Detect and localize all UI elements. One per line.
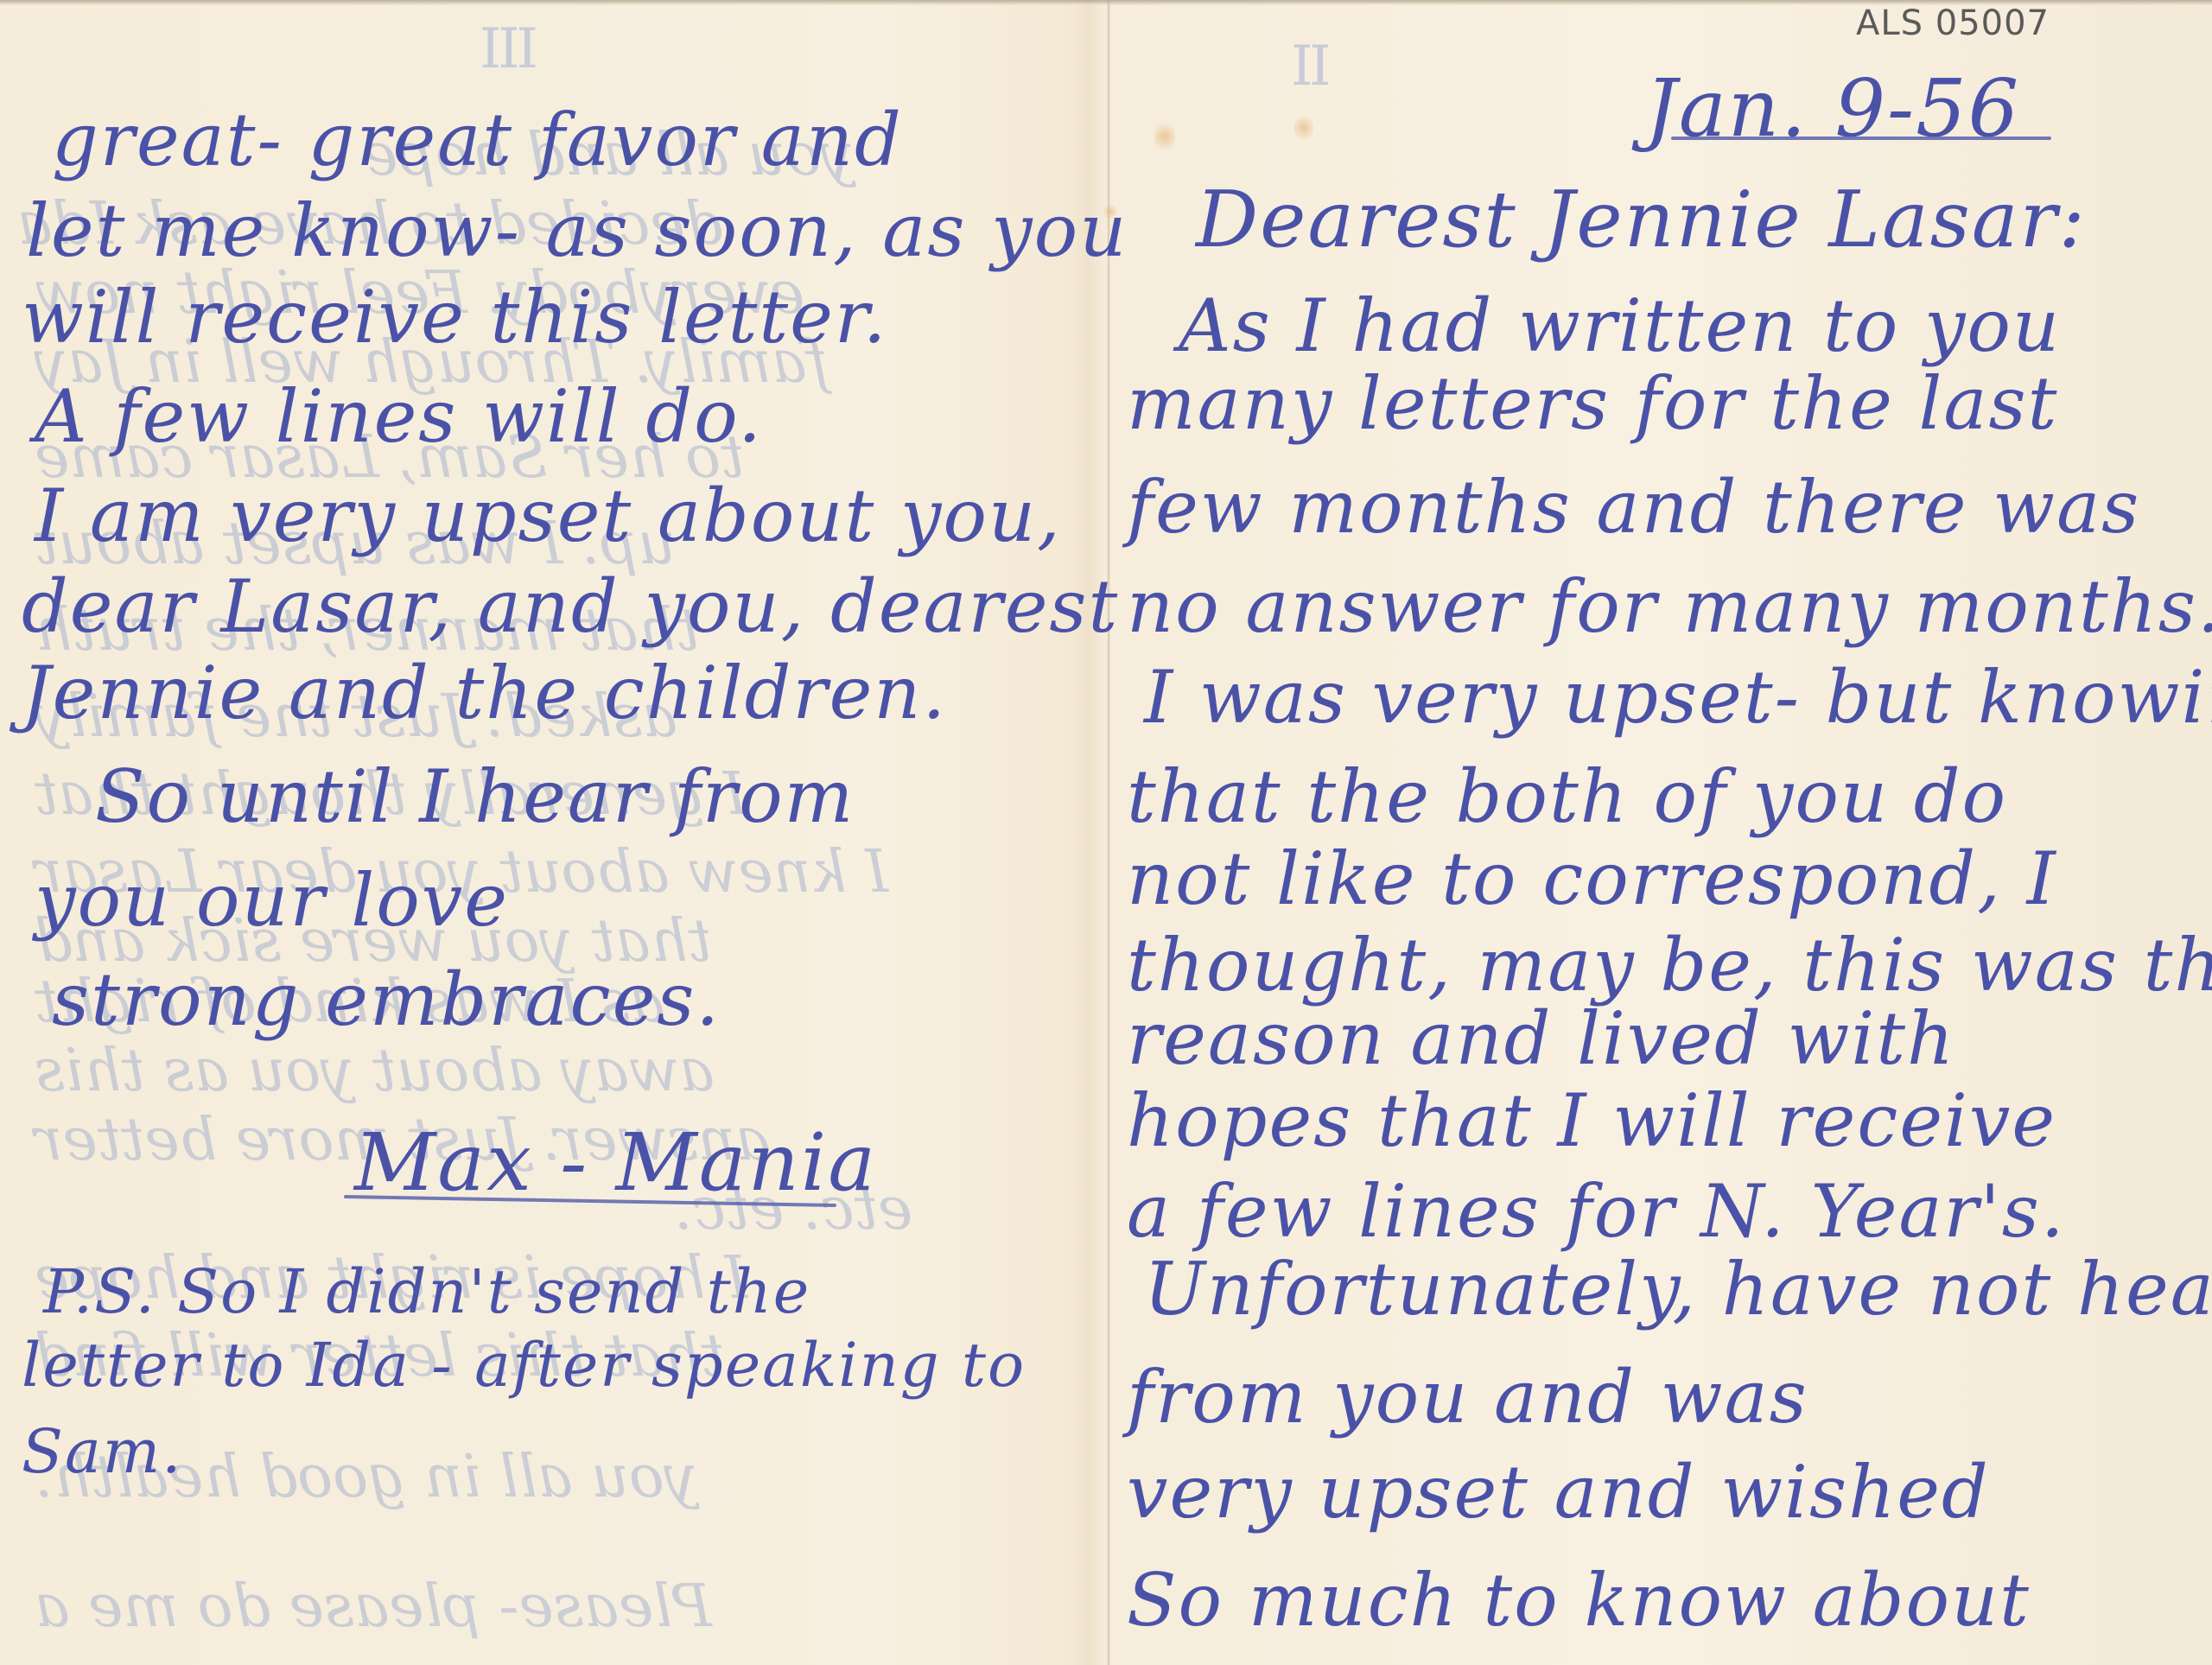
left-page: III you all and hope decided to have ask… [0,0,1106,1665]
letter-line: many letters for the last [1127,367,2058,440]
page-number: II [1291,35,1328,99]
letter-line: I was very upset- but knowing [1144,661,2212,734]
salutation: Dearest Jennie Lasar: [1196,181,2087,259]
catalog-number: ALS 05007 [1856,3,2050,43]
letter-line: Unfortunately, have not heard [1144,1253,2212,1325]
letter-line: hopes that I will receive [1127,1084,2056,1157]
letter-line: Jennie and the children. [22,657,947,729]
letter-line: very upset and wished [1127,1456,1990,1528]
letter-line: a few lines for N. Year's. [1127,1175,2066,1248]
postscript-line: Sam. [22,1421,182,1482]
letter-line: reason and lived with [1127,1002,1955,1075]
bleed-through-line: away about you as this [35,1037,715,1105]
letter-line: you our love [35,864,509,937]
letter-line: will receive this letter. [22,281,888,353]
letter-line: So much to know about [1127,1564,2031,1636]
postscript-line: P.S. So I didn't send the [43,1261,810,1322]
letter-line: dear Lasar, and you, dearest [22,570,1119,643]
signature: Max - Mania [354,1123,877,1203]
letter-line: let me know- as soon, as you [26,194,1128,267]
letter-line: So until I hear from [95,760,855,833]
letter-line: As I had written to you [1179,289,2061,362]
letter-scan: III you all and hope decided to have ask… [0,0,2212,1665]
letter-line: thought, may be, this was the [1127,929,2212,1001]
letter-line: great- great favor and [52,104,903,176]
letter-line: few months and there was [1127,471,2140,543]
letter-line: that the both of you do [1127,760,2007,833]
letter-line: A few lines will do. [35,380,763,453]
letter-line: not like to correspond, I [1127,842,2057,915]
date-underline [1671,137,2051,140]
letter-line: no answer for many months. [1127,570,2212,643]
postscript-line: letter to Ida - after speaking to [22,1335,1026,1395]
letter-line: strong embraces. [52,963,721,1036]
letter-line: from you and was [1127,1361,1808,1433]
page-number: III [480,17,535,81]
bleed-through-line: Please- please do me a [35,1573,712,1641]
letter-line: I am very upset about you, [35,480,1062,552]
right-page: ALS 05007 II Jan. 9-56 Dearest Jennie La… [1109,0,2212,1665]
